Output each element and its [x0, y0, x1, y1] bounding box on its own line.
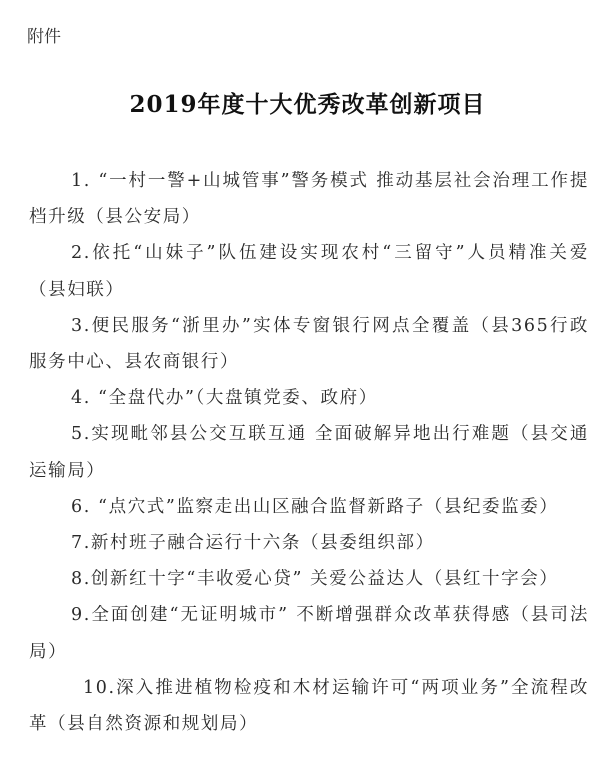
list-item: 4. “全盘代办”（大盘镇党委、政府）	[29, 380, 589, 416]
list-item: 7.新村班子融合运行十六条（县委组织部）	[29, 525, 589, 561]
attachment-label: 附件	[27, 22, 61, 47]
list-item: 8.创新红十字“丰收爱心贷” 关爱公益达人（县红十字会）	[29, 561, 589, 597]
list-item: 9.全面创建“无证明城市” 不断增强群众改革获得感（县司法局）	[29, 597, 589, 669]
list-item: 1. “一村一警+山城管事”警务模式 推动基层社会治理工作提档升级（县公安局）	[29, 163, 589, 235]
project-list: 1. “一村一警+山城管事”警务模式 推动基层社会治理工作提档升级（县公安局） …	[29, 163, 589, 742]
list-item: 6. “点穴式”监察走出山区融合监督新路子（县纪委监委）	[29, 489, 589, 525]
list-item: 2.依托“山妹子”队伍建设实现农村“三留守”人员精准关爱（县妇联）	[29, 235, 589, 307]
list-item: 3.便民服务“浙里办”实体专窗银行网点全覆盖（县365行政服务中心、县农商银行）	[29, 308, 589, 380]
list-item: 10.深入推进植物检疫和木材运输许可“两项业务”全流程改革（县自然资源和规划局）	[29, 670, 589, 742]
document-title: 2019年度十大优秀改革创新项目	[0, 86, 615, 119]
list-item: 5.实现毗邻县公交互联互通 全面破解异地出行难题（县交通运输局）	[29, 416, 589, 488]
